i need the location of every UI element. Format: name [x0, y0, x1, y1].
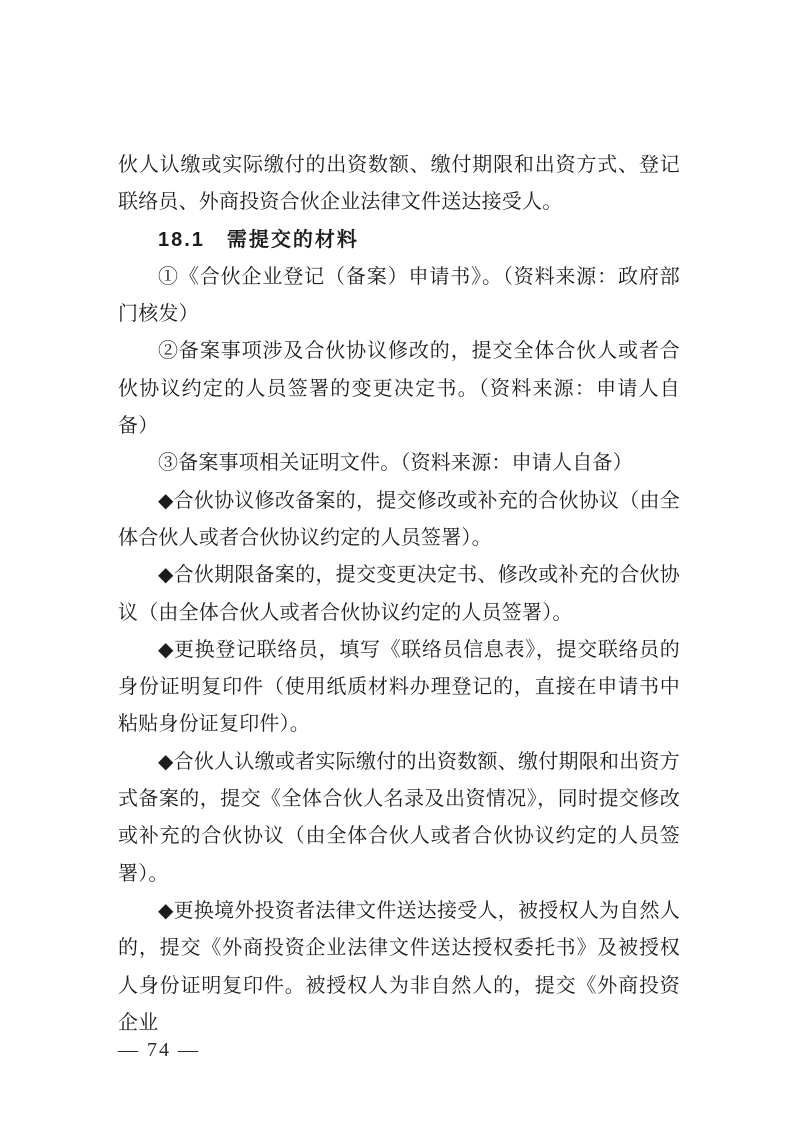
numbered-item-2: ②备案事项涉及合伙协议修改的，提交全体合伙人或者合伙协议约定的人员签署的变更决定…	[118, 333, 680, 445]
numbered-item-1: ①《合伙企业登记（备案）申请书》。（资料来源：政府部门核发）	[118, 259, 680, 334]
paragraph-continuation: 伙人认缴或实际缴付的出资数额、缴付期限和出资方式、登记联络员、外商投资合伙企业法…	[118, 147, 680, 222]
section-heading-18-1: 18.1 需提交的材料	[118, 222, 680, 259]
numbered-item-3: ③备案事项相关证明文件。（资料来源：申请人自备）	[118, 445, 680, 482]
bullet-item-partnership-agreement: ◆合伙协议修改备案的，提交修改或补充的合伙协议（由全体合伙人或者合伙协议约定的人…	[118, 483, 680, 558]
document-page: 伙人认缴或实际缴付的出资数额、缴付期限和出资方式、登记联络员、外商投资合伙企业法…	[0, 0, 793, 1122]
page-number: — 74 —	[118, 1039, 200, 1061]
bullet-item-legal-document-recipient: ◆更换境外投资者法律文件送达接受人，被授权人为自然人的，提交《外商投资企业法律文…	[118, 893, 680, 1042]
document-body: 伙人认缴或实际缴付的出资数额、缴付期限和出资方式、登记联络员、外商投资合伙企业法…	[118, 147, 680, 1042]
bullet-item-partnership-term: ◆合伙期限备案的，提交变更决定书、修改或补充的合伙协议（由全体合伙人或者合伙协议…	[118, 557, 680, 632]
page-footer: — 74 —	[118, 1038, 200, 1062]
bullet-item-liaison-change: ◆更换登记联络员，填写《联络员信息表》，提交联络员的身份证明复印件（使用纸质材料…	[118, 632, 680, 744]
bullet-item-capital-contribution: ◆合伙人认缴或者实际缴付的出资数额、缴付期限和出资方式备案的，提交《全体合伙人名…	[118, 744, 680, 893]
